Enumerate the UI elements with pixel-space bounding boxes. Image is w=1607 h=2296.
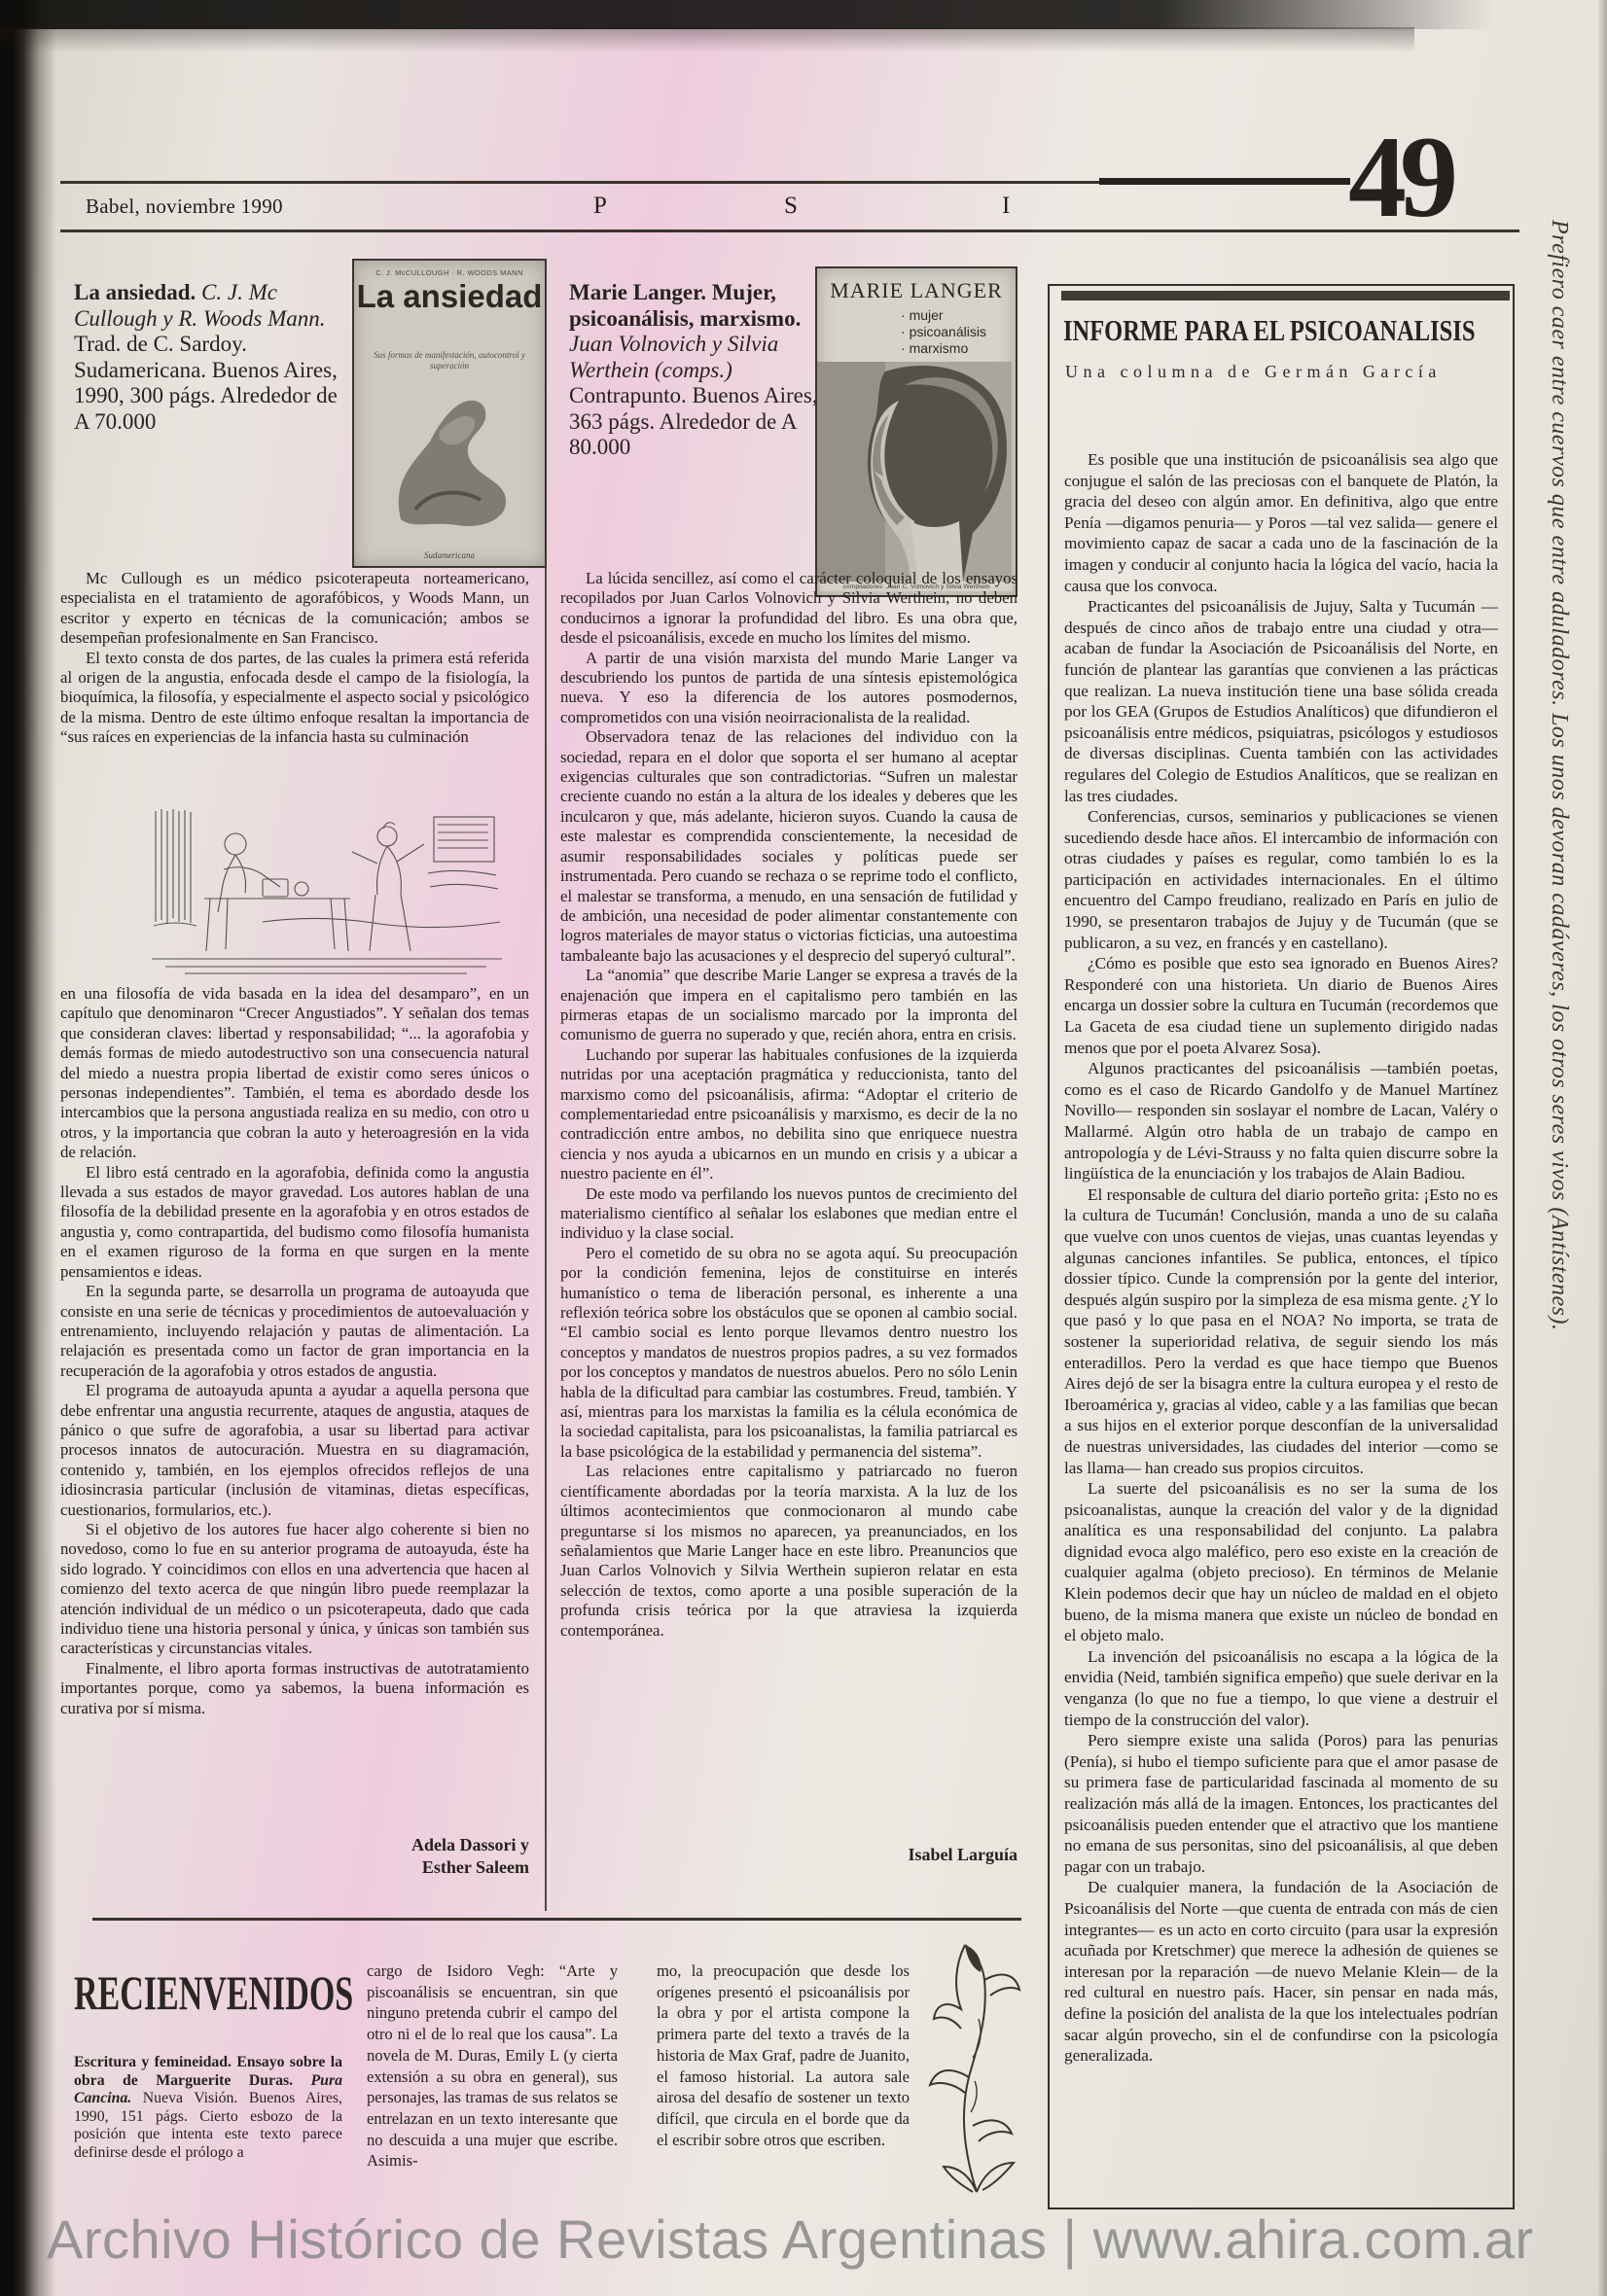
scan-top-edge <box>0 0 1607 29</box>
recienvenidos-book-info: Escritura y femineidad. Ensayo sobre la … <box>74 2054 342 2163</box>
recienvenidos-heading: RECIENVENIDOS <box>74 1964 353 2021</box>
paragraph: En la segunda parte, se desarrolla un pr… <box>60 1282 529 1381</box>
paragraph: Las relaciones entre capitalismo y patri… <box>560 1462 1018 1641</box>
recienvenidos-col2: cargo de Isidoro Vegh: “Arte y piscoanál… <box>367 1960 618 2206</box>
paragraph: Pero siempre existe una salida (Poros) p… <box>1064 1730 1498 1877</box>
cover-figure-illustration <box>372 373 527 537</box>
paragraph: Mc Cullough es un médico psicoterapeuta … <box>60 569 529 649</box>
paragraph: marxismo <box>901 340 986 357</box>
cover-portrait-photo <box>817 362 1012 582</box>
book-cover-marie-langer: MARIE LANGER mujerpsicoanálisismarxismo … <box>815 266 1018 597</box>
book-authors: Juan Volnovich y Silvia Werthein (comps.… <box>569 332 778 382</box>
paragraph: De este modo va perfilando los nuevos pu… <box>560 1184 1018 1244</box>
paragraph: De cualquier manera, la fundación de la … <box>1064 1877 1498 2066</box>
paragraph: Finalmente, el libro aporta formas instr… <box>60 1659 529 1718</box>
review-left-text-bottom: en una filosofía de vida basada en la id… <box>60 984 529 1826</box>
paragraph: El responsable de cultura del diario por… <box>1064 1184 1498 1478</box>
fleuron-ornament <box>926 1941 1023 2196</box>
paragraph: La lúcida sencillez, así como el carácte… <box>560 569 1018 649</box>
paragraph: Algunos practicantes del psicoanálisis —… <box>1064 1058 1498 1184</box>
magazine-page: Babel, noviembre 1990 P S I 49 Prefiero … <box>0 0 1607 2296</box>
cover-title: La ansiedad <box>354 280 545 312</box>
cover-subtitle: Sus formas de manifestación, autocontrol… <box>362 350 537 371</box>
review-left-byline: Adela Dassori y Esther Saleem <box>60 1834 529 1879</box>
section-letter-i: I <box>1002 193 1010 220</box>
scan-top-edge-fade <box>0 27 1414 53</box>
book-cover-la-ansiedad: C. J. McCULLOUGH · R. WOODS MANN La ansi… <box>352 259 547 568</box>
section-letter-p: P <box>593 193 607 220</box>
paragraph: El texto consta de dos partes, de las cu… <box>60 649 529 748</box>
paragraph: mujer <box>901 307 986 324</box>
engraving-illustration <box>146 805 508 980</box>
paragraph: Es posible que una institución de psicoa… <box>1064 449 1498 596</box>
informe-column-box: INFORME PARA EL PSICOANALISIS Una column… <box>1048 284 1515 2209</box>
paragraph: Pero el cometido de su obra no se agota … <box>560 1244 1018 1462</box>
paragraph: psicoanálisis <box>901 324 986 340</box>
review-middle-byline: Isabel Larguía <box>560 1844 1018 1866</box>
book-details: Contrapunto. Buenos Aires, 363 págs. Alr… <box>569 383 818 459</box>
header-rule-bottom <box>60 230 1519 232</box>
paragraph: Si el objetivo de los autores fue hacer … <box>60 1520 529 1659</box>
paragraph: Practicantes del psicoanálisis de Jujuy,… <box>1064 596 1498 806</box>
cover-publisher-logo: Sudamericana <box>354 550 545 560</box>
paragraph: A partir de una visión marxista del mund… <box>560 649 1018 728</box>
paragraph: La suerte del psicoanálisis es no ser la… <box>1064 1478 1498 1646</box>
book-title: Marie Langer. Mujer, psicoanálisis, marx… <box>569 280 801 331</box>
paragraph: El programa de autoayuda apunta a ayudar… <box>60 1381 529 1520</box>
book-details: Trad. de C. Sardoy. Sudamericana. Buenos… <box>74 332 338 434</box>
scan-right-edge <box>1597 0 1607 2296</box>
review-left-text-top: Mc Cullough es un médico psicoterapeuta … <box>60 569 529 802</box>
paragraph: Luchando por superar las habituales conf… <box>560 1045 1018 1184</box>
bottom-book-title: Escritura y femineidad. Ensayo sobre la … <box>74 2054 342 2089</box>
bottom-section-rule <box>92 1918 1021 1921</box>
archive-watermark: Archivo Histórico de Revistas Argentinas… <box>47 2208 1593 2271</box>
paragraph: La invención del psicoanálisis no escapa… <box>1064 1646 1498 1730</box>
cover-title: MARIE LANGER <box>817 278 1016 303</box>
paragraph: El libro está centrado en la agorafobia,… <box>60 1163 529 1282</box>
section-letter-s: S <box>784 193 798 220</box>
page-number: 49 <box>1348 119 1451 235</box>
book-info-la-ansiedad: La ansiedad. C. J. Mc Cullough y R. Wood… <box>74 280 348 435</box>
informe-body-text: Es posible que una institución de psicoa… <box>1064 449 1498 2190</box>
paragraph: en una filosofía de vida basada en la id… <box>60 984 529 1163</box>
book-info-marie-langer: Marie Langer. Mujer, psicoanálisis, marx… <box>569 280 849 461</box>
book-spine-shadow <box>0 0 56 2296</box>
review-middle-text: La lúcida sencillez, así como el carácte… <box>560 569 1018 1827</box>
book-title: La ansiedad. <box>74 280 196 304</box>
paragraph: Conferencias, cursos, seminarios y publi… <box>1064 806 1498 953</box>
margin-quote: Prefiero caer entre cuervos que entre ad… <box>1546 220 1572 1717</box>
informe-subtitle: Una columna de Germán García <box>1065 362 1442 382</box>
header-rule-thick <box>1099 178 1350 185</box>
paragraph: La “anomia” que describe Marie Langer se… <box>560 966 1018 1045</box>
informe-header-bar <box>1061 291 1510 300</box>
paragraph: Observadora tenaz de las relaciones del … <box>560 727 1018 966</box>
cover-bullet-list: mujerpsicoanálisismarxismo <box>901 307 986 357</box>
edition-label: Babel, noviembre 1990 <box>86 194 283 219</box>
paragraph: ¿Cómo es posible que esto sea ignorado e… <box>1064 953 1498 1058</box>
cover-authors-line: C. J. McCULLOUGH · R. WOODS MANN <box>358 268 541 277</box>
informe-title: INFORME PARA EL PSICOANALISIS <box>1063 313 1475 348</box>
recienvenidos-col3: mo, la preocupación que desde los orígen… <box>657 1960 910 2206</box>
